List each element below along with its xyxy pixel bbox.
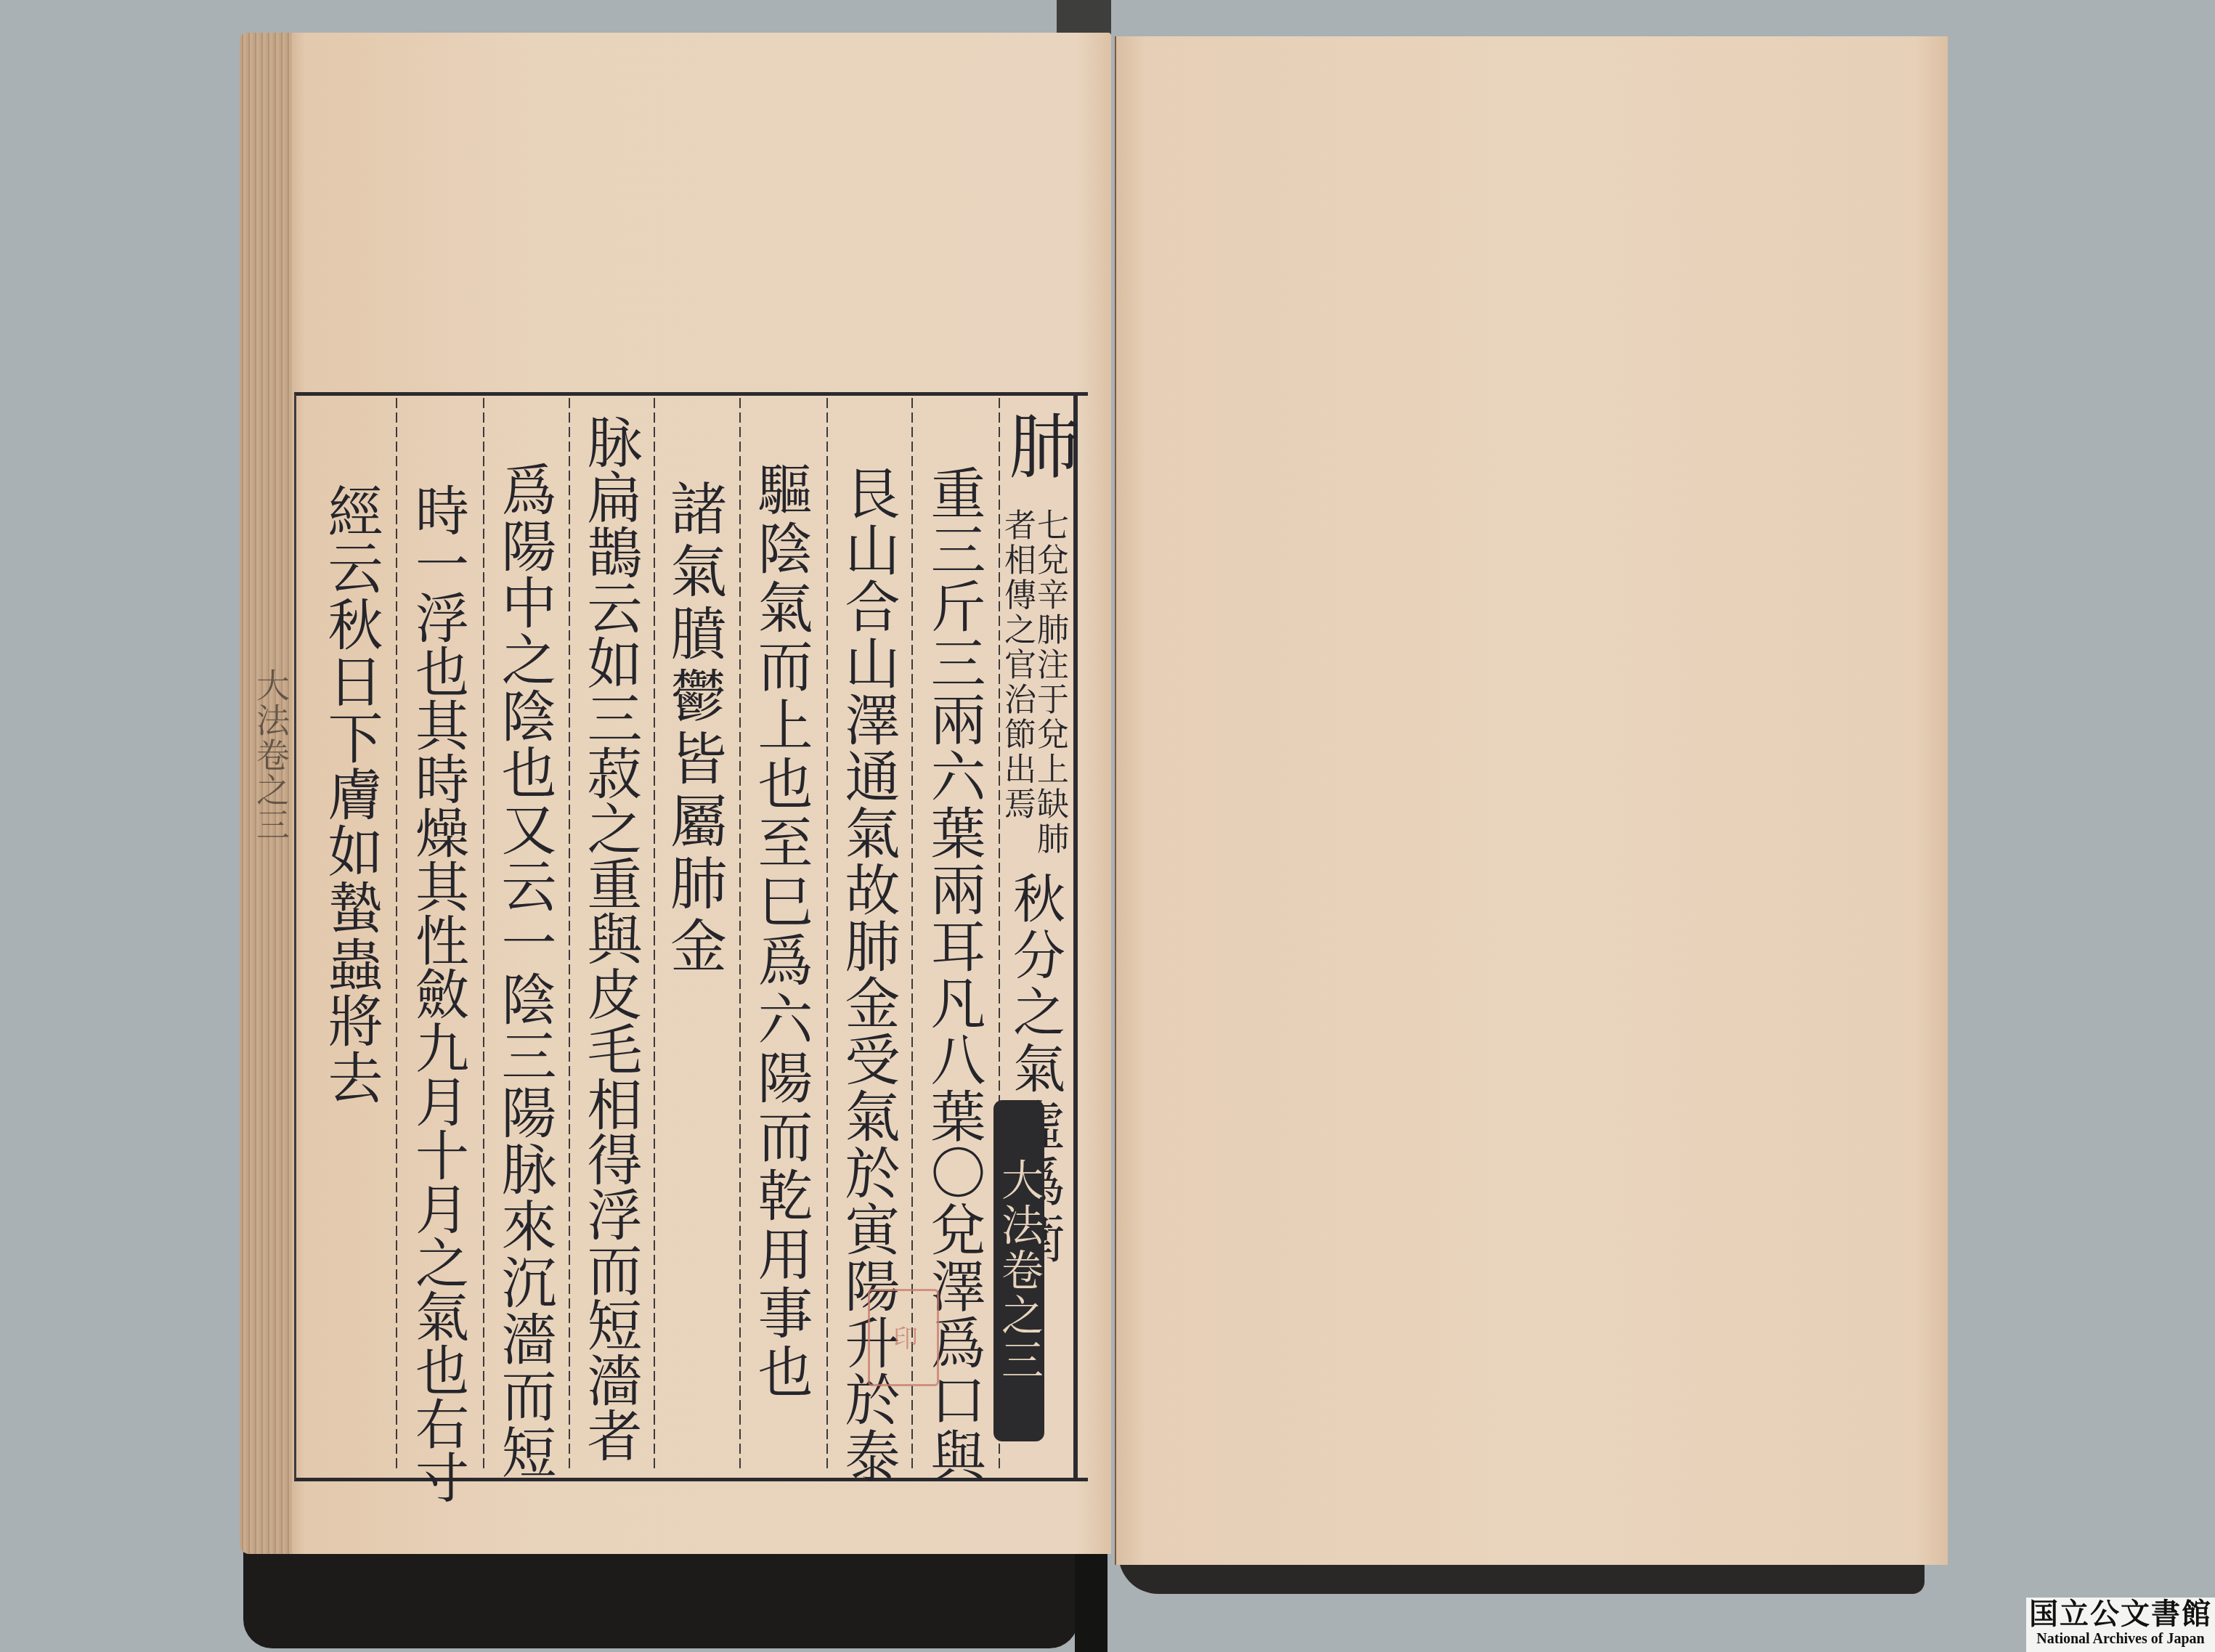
column-rule [654, 398, 655, 1469]
edge-title: 大法卷之三 [247, 668, 295, 842]
spine-shadow-bottom [1075, 1554, 1107, 1652]
archive-logo: 国立公文書館 National Archives of Japan [2026, 1598, 2215, 1652]
red-ownership-stamp: 印 [868, 1289, 939, 1386]
book-shadow-left [243, 1550, 1078, 1648]
column-rule [569, 398, 570, 1469]
column-rule [826, 398, 828, 1469]
column-rule [396, 398, 397, 1469]
text-column-7: 爲陽中之陰也又云一陰三陽脉來沉濇而短 [488, 461, 561, 1481]
logo-japanese: 国立公文書館 [2026, 1598, 2215, 1631]
column-rule [483, 398, 484, 1469]
commentary-right: 七兌辛肺注于兌上缺肺 [1031, 508, 1068, 857]
volume-cartouche: 大法卷之三 [993, 1100, 1044, 1441]
text-column-6: 脉扁鵲云如三菽之重與皮毛相得浮而短濇者 [574, 414, 646, 1462]
right-page-blank [1115, 36, 1948, 1565]
logo-english: National Archives of Japan [2026, 1631, 2215, 1647]
text-column-5: 諸氣膹鬱皆屬肺金 [657, 479, 730, 979]
text-column-4: 驅陰氣而上也至巳爲六陽而乾用事也 [744, 461, 817, 1402]
commentary-left: 者相傳之官治節出焉 [999, 508, 1035, 822]
column-rule [739, 398, 741, 1469]
text-column-9: 經云秋日下膚如蟄蟲將去 [314, 483, 387, 1106]
heading-lung: 肺 [1002, 410, 1075, 484]
frame-right-rule [1073, 392, 1078, 1478]
text-column-8: 時一浮也其時燥其性斂九月十月之氣也右寸 [402, 483, 474, 1504]
